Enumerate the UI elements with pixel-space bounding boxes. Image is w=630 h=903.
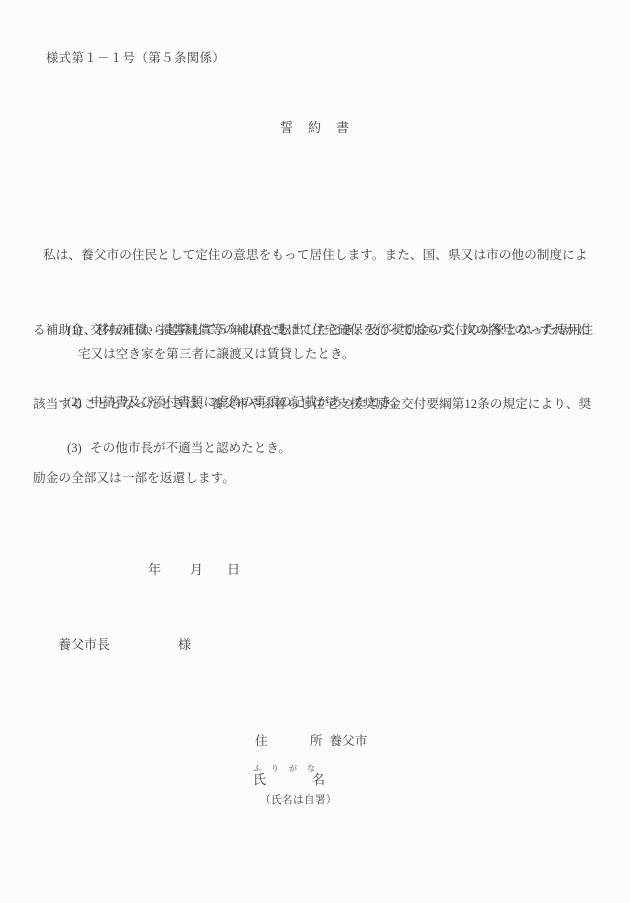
paragraph-line-1: 私は、養父市の住民として定住の意思をもって居住します。また、国、県又は市の他の制… — [33, 243, 599, 268]
address-label-right: 所 — [310, 735, 323, 748]
signature-note: （氏名は自署） — [260, 796, 337, 807]
clause-1-number: (1) — [67, 324, 82, 337]
addressee-name: 養父市長 — [58, 638, 110, 651]
address-label-left: 住 — [255, 735, 268, 748]
address-value: 養父市 — [329, 735, 367, 748]
date-line: 年 月 日 — [148, 563, 240, 576]
clause-2-line-1: 申請書及び添付書類に虚偽の事項の記載があったとき。 — [90, 396, 404, 409]
date-year-label: 年 — [148, 563, 161, 576]
clause-3-line-1: その他市長が不適当と認めたとき。 — [90, 442, 291, 455]
addressee-line: 養父市長 様 — [0, 638, 630, 690]
name-label-left: 氏 — [253, 773, 266, 786]
clause-item-3: (3) その他市長が不適当と認めたとき。 — [0, 442, 630, 502]
addressee-honorific: 様 — [178, 638, 191, 651]
clause-1-line-2: 宅又は空き家を第三者に譲渡又は賃貸したとき。 — [78, 348, 355, 361]
clause-3-number: (3) — [67, 442, 82, 455]
form-number: 様式第１－１号（第５条関係） — [46, 52, 225, 64]
clause-2-number: (2) — [67, 396, 82, 409]
name-line: 氏 名 — [253, 773, 325, 786]
date-day-label: 日 — [227, 563, 240, 576]
document-title: 誓 約 書 — [0, 121, 630, 134]
name-label-right: 名 — [312, 773, 325, 786]
clause-1-line-1: 交付の日から起算して５年以内に転出したとき、及び奨励金の交付の対象となった専用住 — [90, 324, 593, 337]
date-month-label: 月 — [190, 563, 203, 576]
address-line: 住 所 養父市 — [255, 735, 367, 748]
clause-item-1: (1) 交付の日から起算して５年以内に転出したとき、及び奨励金の交付の対象となっ… — [0, 324, 630, 384]
document-page: 様式第１－１号（第５条関係） 誓 約 書 私は、養父市の住民として定住の意思をも… — [0, 0, 630, 903]
